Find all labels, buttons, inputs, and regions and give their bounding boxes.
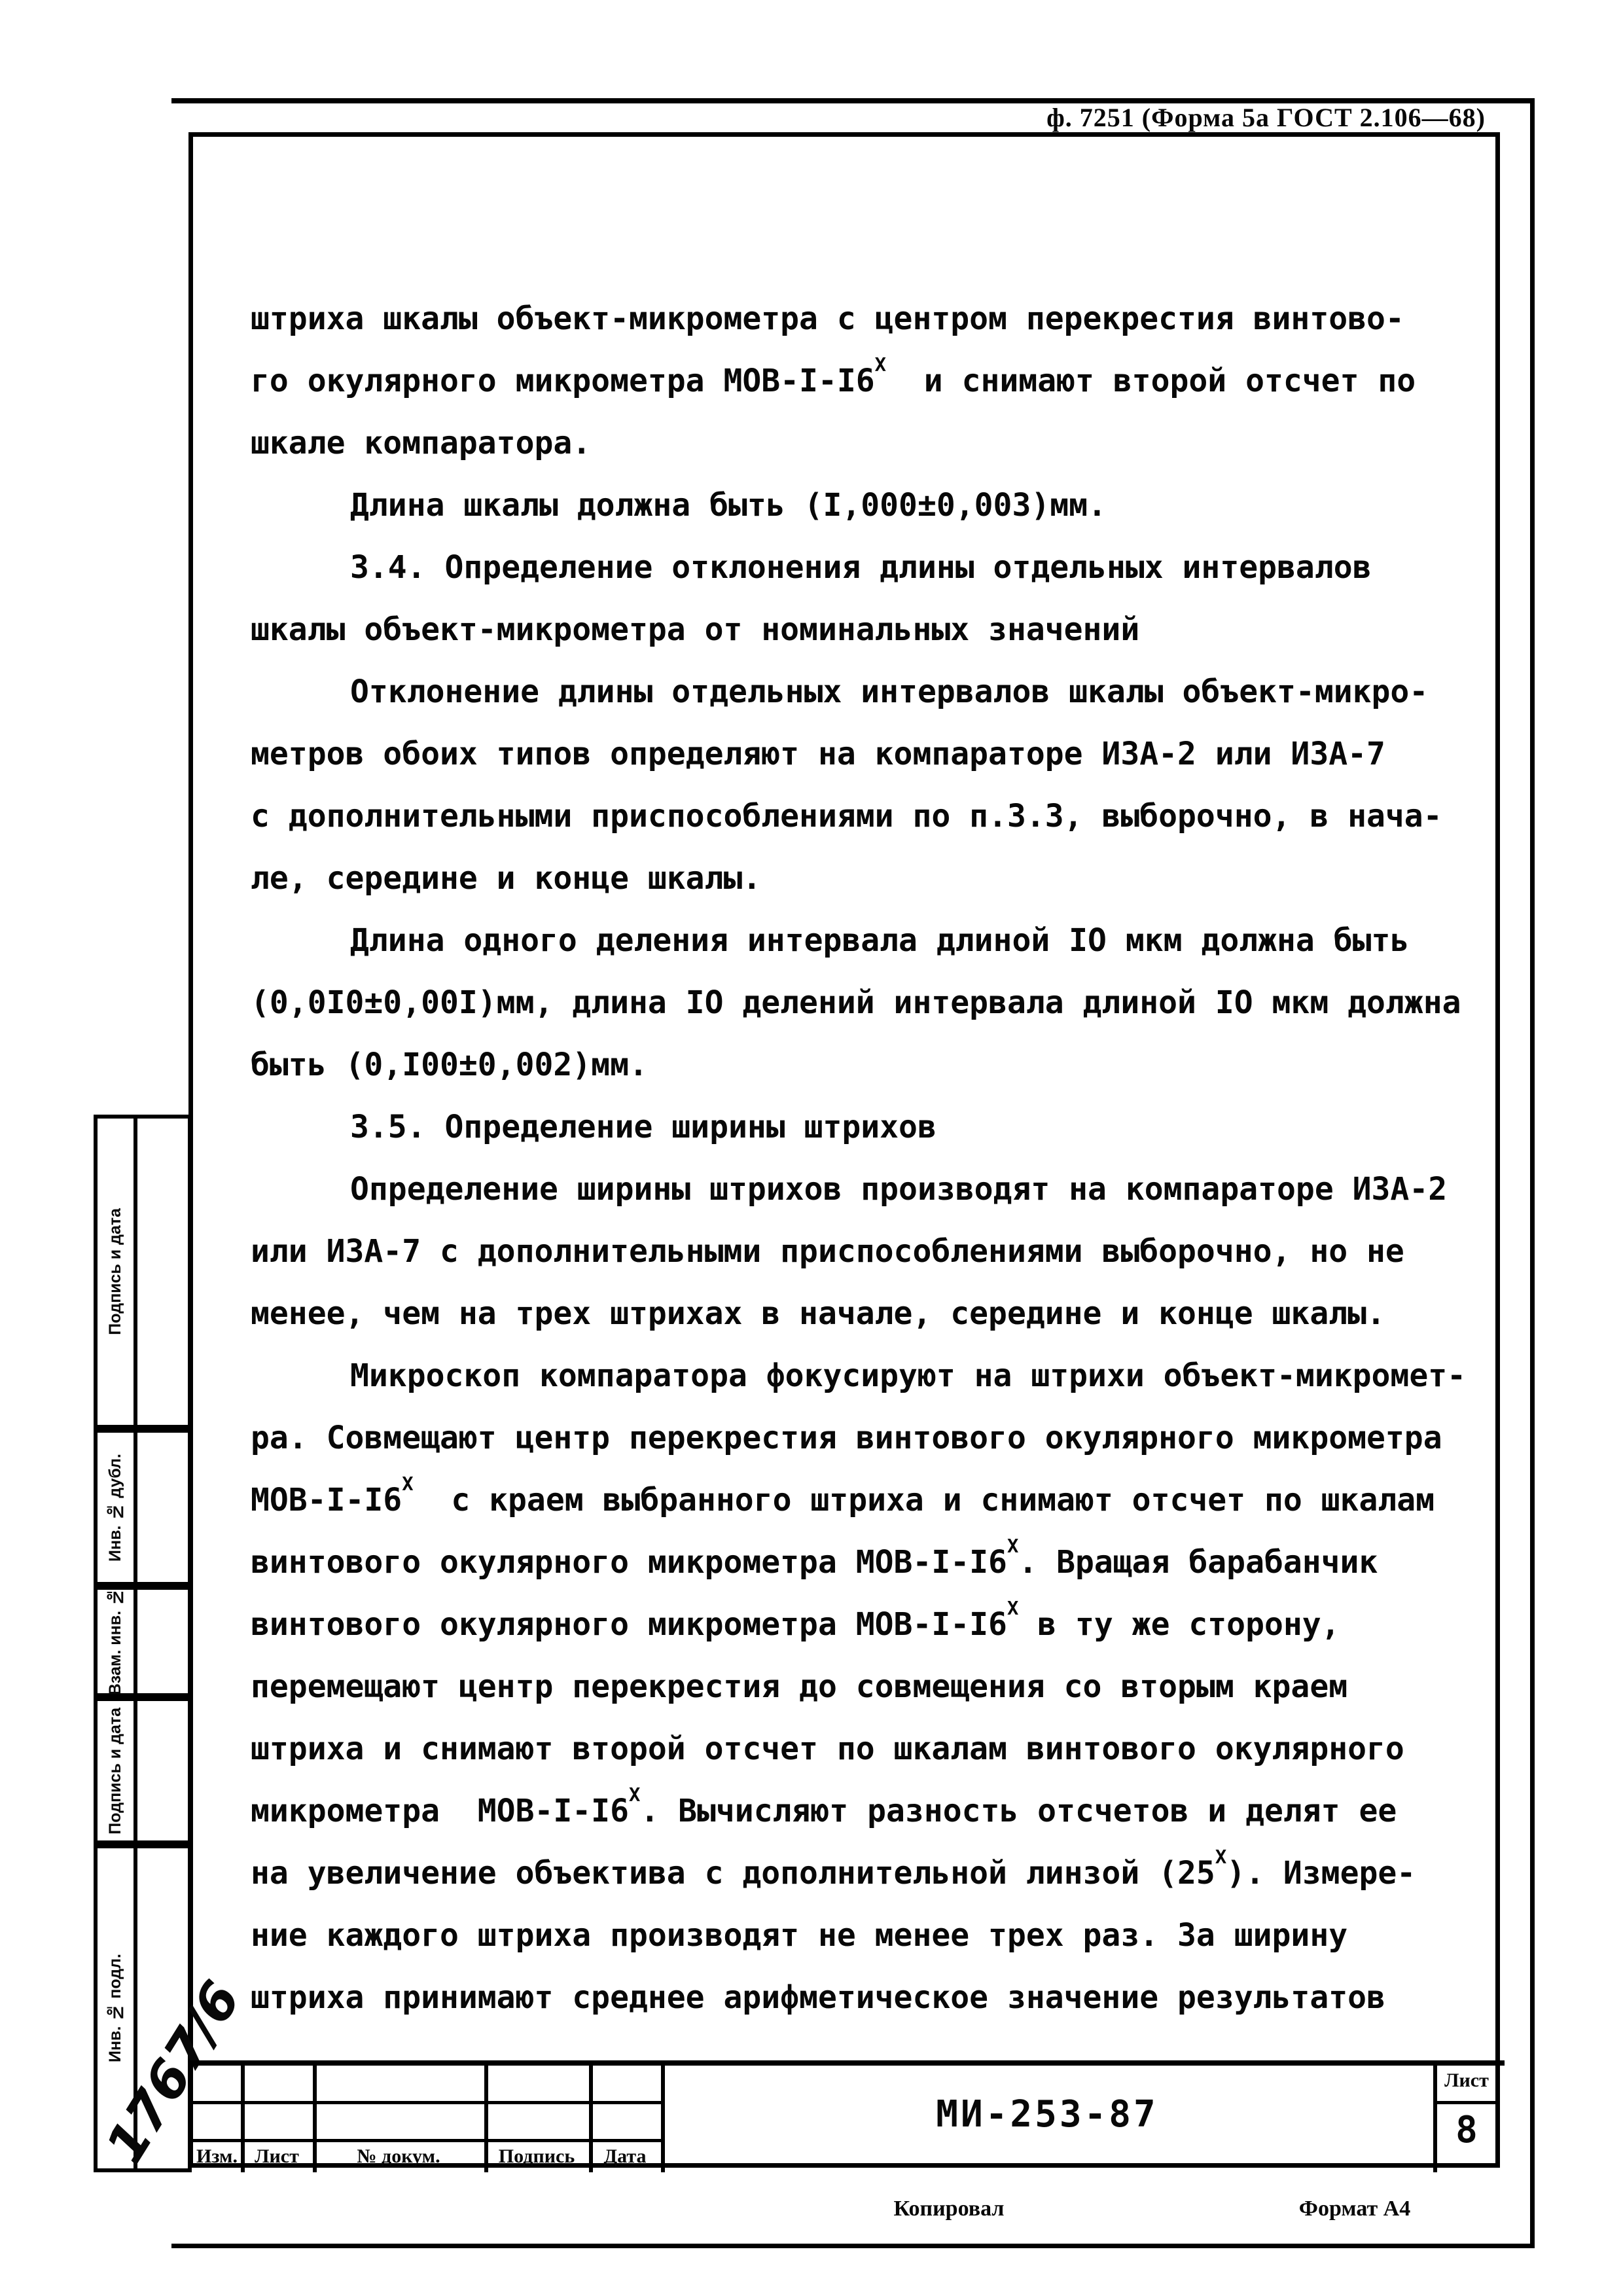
text-line: Длина шкалы должна быть (I,000±0,003)мм. <box>251 475 1481 537</box>
text-line: штриха и снимают второй отсчет по шкалам… <box>251 1718 1481 1780</box>
title-block-column-label: № докум. <box>313 2142 484 2171</box>
body-text: штриха шкалы объект-микрометра с центром… <box>251 288 1481 2029</box>
text-line: или ИЗА-7 с дополнительными приспособлен… <box>251 1221 1481 1283</box>
sidebar-cell: Подпись и дата <box>94 1115 192 1429</box>
outer-right-rule <box>1530 98 1535 2248</box>
sidebar-cell: Инв. № дубл. <box>94 1429 192 1586</box>
sheet-label: Лист <box>1433 2070 1500 2092</box>
document-page: ф. 7251 (Форма 5а ГОСТ 2.106—68) штриха … <box>0 0 1623 2296</box>
form-stamp: ф. 7251 (Форма 5а ГОСТ 2.106—68) <box>870 102 1486 133</box>
sidebar-signature-area <box>137 1590 188 1693</box>
text-line: штриха принимают среднее арифметическое … <box>251 1967 1481 2029</box>
text-line: 3.5. Определение ширины штрихов <box>251 1096 1481 1158</box>
sidebar-cell-labelcol: Подпись и дата <box>98 1119 137 1425</box>
sidebar-cell-label: Подпись и дата <box>106 1208 125 1335</box>
title-block-column-label: Изм. <box>193 2142 241 2171</box>
sidebar-cell-label: Взам. инв. № <box>106 1588 125 1695</box>
text-line: 3.4. Определение отклонения длины отдель… <box>251 537 1481 599</box>
title-block-column-label: Лист <box>241 2142 313 2171</box>
sidebar-cell-label: Подпись и дата <box>106 1708 125 1835</box>
text-line: менее, чем на трех штрихах в начале, сер… <box>251 1283 1481 1345</box>
title-block-top-rule <box>188 2060 1505 2066</box>
text-line: ние каждого штриха производят не менее т… <box>251 1905 1481 1967</box>
footer-copied-label: Копировал <box>753 2194 1145 2223</box>
sidebar-signature-area <box>137 1701 188 1840</box>
text-line: на увеличение объектива с дополнительной… <box>251 1842 1481 1905</box>
sidebar-cell-labelcol: Взам. инв. № <box>98 1590 137 1693</box>
text-line: Микроскоп компаратора фокусируют на штри… <box>251 1345 1481 1407</box>
sidebar-signature-area <box>137 1119 188 1425</box>
text-line: Длина одного деления интервала длиной IO… <box>251 910 1481 972</box>
text-line: ле, середине и конце шкалы. <box>251 848 1481 910</box>
text-line: метров обоих типов определяют на компара… <box>251 723 1481 785</box>
sidebar-cell: Взам. инв. № <box>94 1586 192 1697</box>
text-line: Отклонение длины отдельных интервалов шк… <box>251 661 1481 723</box>
text-line: шкале компаратора. <box>251 412 1481 475</box>
text-line: штриха шкалы объект-микрометра с центром… <box>251 288 1481 350</box>
bottom-border-rule <box>171 2244 1535 2248</box>
sidebar-cell-labelcol: Инв. № дубл. <box>98 1433 137 1582</box>
text-line: с дополнительными приспособлениями по п.… <box>251 785 1481 848</box>
text-line: перемещают центр перекрестия до совмещен… <box>251 1656 1481 1718</box>
sidebar-cell: Подпись и дата <box>94 1697 192 1844</box>
sidebar-cell-label: Инв. № подл. <box>106 1954 125 2062</box>
text-line: го окулярного микрометра МОВ-I-I6Х и сни… <box>251 350 1481 412</box>
sidebar-cell-label: Инв. № дубл. <box>106 1454 125 1562</box>
text-line: (0,0I0±0,00I)мм, длина IO делений интерв… <box>251 972 1481 1034</box>
footer-format-label: Формат А4 <box>1270 2194 1440 2223</box>
title-block-column-label: Подпись <box>484 2142 589 2171</box>
title-block-column-label: Дата <box>589 2142 661 2171</box>
text-line: шкалы объект-микрометра от номинальных з… <box>251 599 1481 661</box>
text-line: ра. Совмещают центр перекрестия винтовог… <box>251 1407 1481 1469</box>
text-line: винтового окулярного микрометра МОВ-I-I6… <box>251 1594 1481 1656</box>
title-block-row-line <box>1437 2101 1500 2104</box>
text-line: микрометра МОВ-I-I6Х. Вычисляют разность… <box>251 1780 1481 1842</box>
sidebar-signature-area <box>137 1433 188 1582</box>
document-number: МИ-253-87 <box>661 2093 1433 2136</box>
text-line: Определение ширины штрихов производят на… <box>251 1158 1481 1221</box>
text-line: МОВ-I-I6Х с краем выбранного штриха и сн… <box>251 1469 1481 1532</box>
title-block-row-line <box>193 2101 661 2104</box>
sheet-number: 8 <box>1433 2109 1500 2151</box>
text-line: быть (0,I00±0,002)мм. <box>251 1034 1481 1096</box>
text-line: винтового окулярного микрометра МОВ-I-I6… <box>251 1532 1481 1594</box>
sidebar-cell-labelcol: Подпись и дата <box>98 1701 137 1840</box>
